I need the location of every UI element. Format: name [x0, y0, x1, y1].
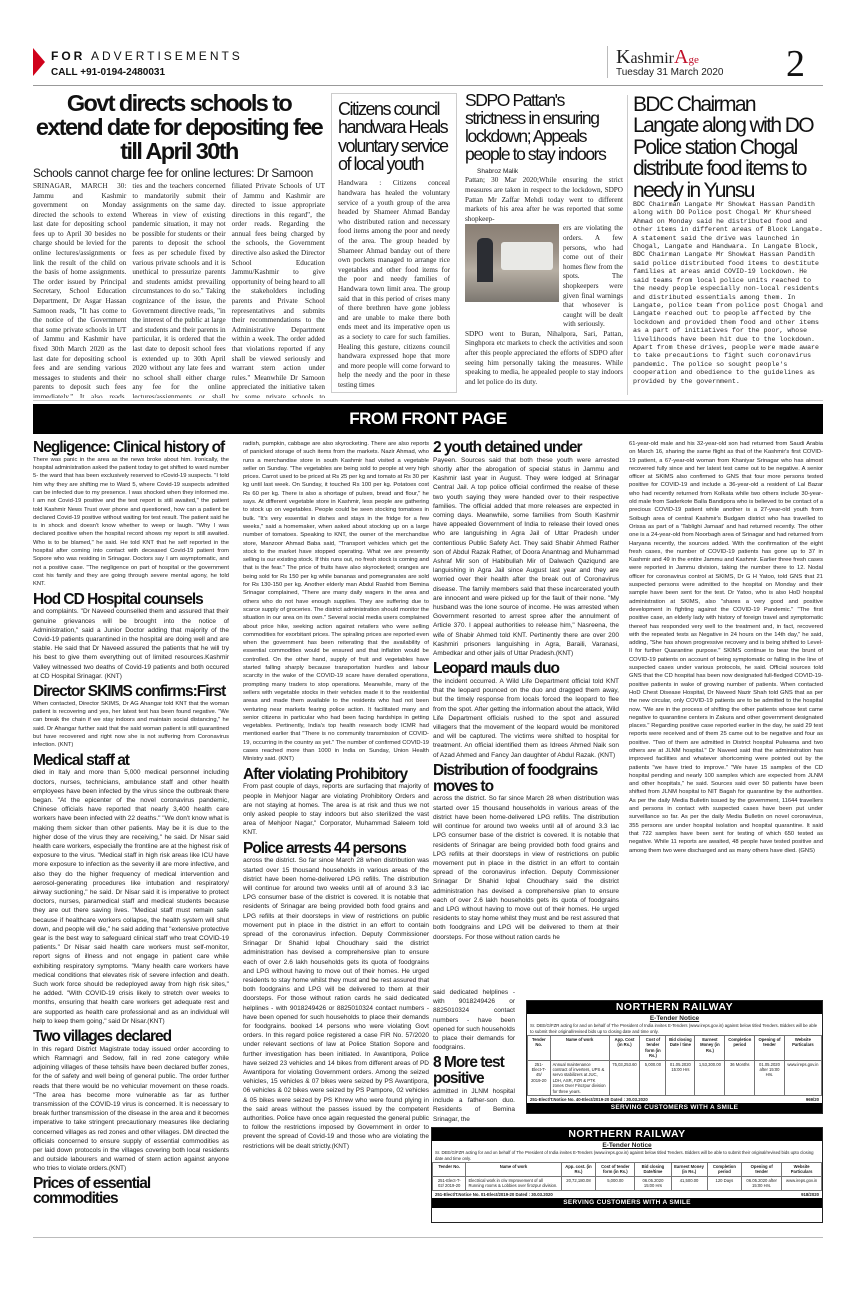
headline: BDC Chairman Langate along with DO Polic…	[633, 94, 823, 201]
story-body: When contacted, Director SKIMS, Dr AG Ah…	[33, 700, 229, 750]
story-column: SRINAGAR, MARCH 30: Jammu and Kashmir go…	[33, 182, 126, 398]
headline: Hod CD Hospital counsels	[33, 592, 229, 608]
northern-railway-tender-ad-1: NORTHERN RAILWAY E-Tender Notice Sr. DEE…	[526, 1000, 823, 1114]
advertisement-phone: CALL +91-0194-2480031	[51, 67, 165, 78]
headline: Director SKIMS confirms:First	[33, 684, 229, 700]
column-divider	[627, 95, 628, 395]
advertisement-label: FOR ADVERTISEMENTS	[51, 49, 243, 63]
ad-subtitle: E-Tender Notice	[527, 1014, 822, 1023]
headline: Prices of essential commodities	[33, 1176, 229, 1208]
issue-date: Tuesday 31 March 2020	[616, 67, 723, 78]
story-body: There was panic in the area as the news …	[33, 456, 229, 589]
red-arrow-icon	[33, 48, 45, 76]
story-body: radish, pumpkin, cabbage are also skyroc…	[243, 440, 429, 764]
ad-website-link[interactable]: www.ireps.gov.in	[784, 1060, 821, 1095]
front-page-column-4: 61-year-old male and his 32-year-old son…	[629, 440, 823, 970]
headline: Leopard mauls duo	[433, 661, 619, 677]
section-banner: FROM FRONT PAGE	[33, 404, 823, 434]
story-sdpo-pattan: SDPO Pattan's strictness in ensuring loc…	[465, 92, 623, 398]
story-body: SDPO went to Buran, Nihalpora, Sari, Pat…	[465, 330, 623, 388]
northern-railway-tender-ad-2: NORTHERN RAILWAY E-Tender Notice Sr. DEE…	[431, 1127, 823, 1223]
divider	[33, 400, 823, 401]
front-page-column-3: 2 youth detained under Payeen. Sources s…	[433, 440, 619, 960]
headline: After violating Prohibitory	[243, 767, 429, 783]
headline: SDPO Pattan's strictness in ensuring loc…	[465, 92, 623, 163]
headline: Negligence: Clinical history of	[33, 440, 229, 456]
table-row: 251-Elect-T-45/ 2019-20 Annual maintenan…	[528, 1060, 822, 1095]
ad-title: NORTHERN RAILWAY	[527, 1001, 822, 1014]
subheadline: Schools cannot charge fee for online lec…	[33, 166, 325, 180]
story-citizens-council: Citizens council handwara Heals voluntar…	[331, 93, 457, 393]
headline: Govt directs schools to extend date for …	[33, 92, 325, 164]
headline: 2 youth detained under	[433, 440, 619, 456]
brand-logo: KashmirAge	[616, 46, 723, 69]
front-page-column-1: Negligence: Clinical history of There wa…	[33, 440, 229, 1230]
ad-subtitle: E-Tender Notice	[432, 1141, 822, 1150]
byline: Shabroz Malik	[477, 168, 623, 175]
story-body: died in Italy and more than 5,000 medica…	[33, 768, 229, 1026]
tender-table: Tender No. Name of work App. Cost (in Rs…	[527, 1035, 822, 1096]
story-bdc-chairman: BDC Chairman Langate along with DO Polic…	[633, 94, 823, 400]
table-row: 251-Elect-T-02/ 2019-20 Electrical work …	[433, 1176, 822, 1190]
front-page-column-2: radish, pumpkin, cabbage are also skyroc…	[243, 440, 429, 1230]
story-column: filiated Private Schools of UT of Jammu …	[232, 182, 325, 398]
headline: 8 More test positive	[433, 1055, 515, 1087]
headline: Two villages declared	[33, 1029, 229, 1045]
ad-intro: Sr. DEE/G/FZR acting for and on behalf o…	[527, 1023, 822, 1035]
ad-title: NORTHERN RAILWAY	[432, 1128, 822, 1141]
story-body: Payeen. Sources said that both these you…	[433, 456, 619, 658]
story-body: across the district. So far since March …	[433, 794, 619, 941]
story-body: the incident occurred. A Wild Life Depar…	[433, 677, 619, 760]
ad-intro: Sr. DEE/G/FZR acting for and on behalf o…	[432, 1150, 822, 1162]
story-body: and complaints. "Dr Naveed counselled th…	[33, 607, 229, 681]
tender-table: Tender No. Name of work App. cost. (in R…	[432, 1162, 822, 1191]
ad-slogan: SERVING CUSTOMERS WITH A SMILE	[432, 1198, 822, 1208]
masthead: FOR ADVERTISEMENTS CALL +91-0194-2480031…	[33, 40, 823, 86]
page-number: 2	[786, 42, 805, 86]
headline: Medical staff at	[33, 753, 229, 769]
newspaper-brand: KashmirAge Tuesday 31 March 2020	[607, 46, 723, 78]
divider	[33, 1237, 823, 1238]
story-body: said dedicated helplines - with 90182494…	[433, 988, 515, 1052]
headline: Distribution of foodgrains moves to	[433, 763, 619, 795]
newspaper-page: FOR ADVERTISEMENTS CALL +91-0194-2480031…	[33, 0, 823, 1293]
story-body: ers are violating the orders. A few pers…	[563, 224, 623, 330]
story-body: across the district. So far since March …	[243, 856, 429, 1151]
story-column: ties and the teachers concerned to manda…	[132, 182, 225, 398]
story-school-fees: Govt directs schools to extend date for …	[33, 92, 325, 398]
ad-slogan: SERVING CUSTOMERS WITH A SMILE	[527, 1103, 822, 1113]
news-photo	[465, 224, 559, 302]
headline: Citizens council handwara Heals voluntar…	[338, 100, 450, 173]
headline: Police arrests 44 persons	[243, 841, 429, 857]
story-body: BDC Chairman Langate Mr Showkat Hassan P…	[633, 201, 823, 386]
ad-website-link[interactable]: www.ireps.gov.in	[782, 1176, 822, 1190]
story-body: In this regard District Magistrate today…	[33, 1045, 229, 1174]
story-body: 61-year-old male and his 32-year-old son…	[629, 440, 823, 855]
story-body: Handwara : Citizens conceal handwara has…	[338, 179, 450, 390]
story-body: From past couple of days, reports are su…	[243, 782, 429, 837]
story-body: Pattan; 30 Mar 2020;While ensuring the s…	[465, 176, 623, 224]
story-body: admitted in JLNM hospital include a fath…	[433, 1087, 515, 1124]
